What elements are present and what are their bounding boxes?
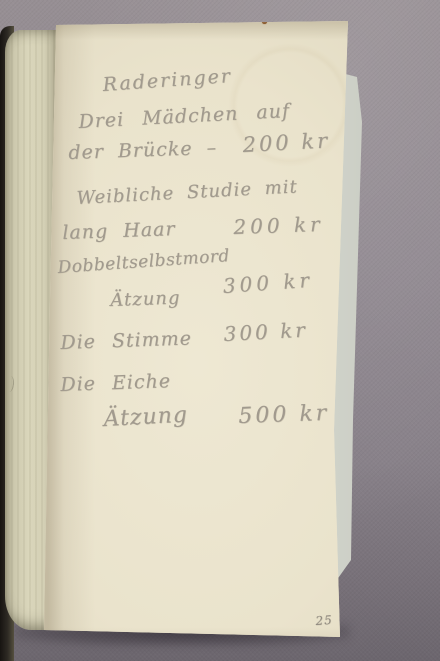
handwritten-heading: Raderinger xyxy=(102,65,233,96)
entry-3-title: Dobbeltselbstmord xyxy=(57,246,230,278)
entry-2-price: 200 kr xyxy=(233,212,324,239)
entry-2-title-line-1: Weibliche Studie mit xyxy=(76,176,298,209)
entry-1-price: 200 kr xyxy=(242,128,331,157)
photo-background-fabric: Raderinger Drei Mädchen auf der Brücke –… xyxy=(0,0,440,661)
entry-3-price: 300 kr xyxy=(222,268,314,298)
entry-5-technique: Ätzung xyxy=(103,403,189,432)
entry-4-title: Die Stimme xyxy=(60,327,192,354)
entry-3-technique: Ätzung xyxy=(110,288,181,311)
page-number: 25 xyxy=(315,613,333,628)
entry-5-price: 500 kr xyxy=(238,401,330,429)
entry-2-title-line-2: lang Haar xyxy=(62,218,176,244)
entry-5-title: Die Eiche xyxy=(60,370,171,396)
handwriting-layer: Raderinger Drei Mädchen auf der Brücke –… xyxy=(0,0,440,661)
entry-4-price: 300 kr xyxy=(223,318,308,346)
entry-1-title-line-2: der Brücke – xyxy=(68,137,217,164)
entry-1-title-line-1: Drei Mädchen auf xyxy=(78,100,290,133)
